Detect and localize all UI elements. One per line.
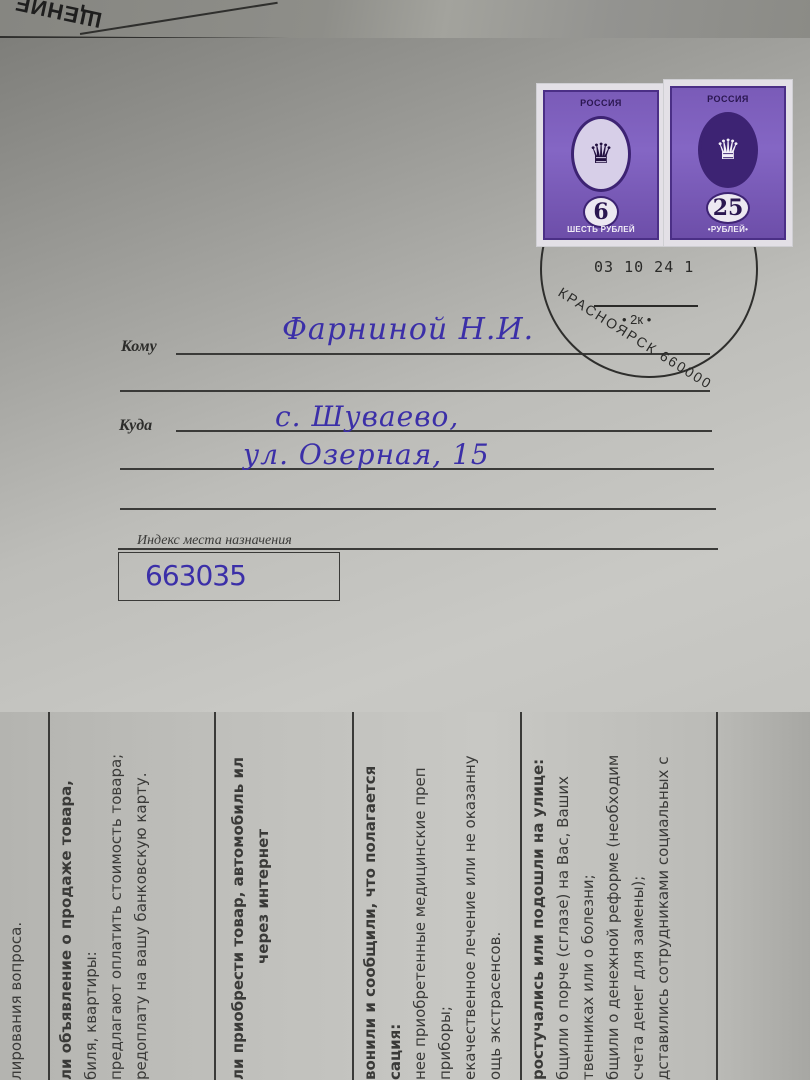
- leaflet-line: дставились сотрудниками социальных с: [651, 712, 676, 1080]
- insert-leaflet: лирования вопроса. ли объявление о прода…: [0, 712, 810, 1080]
- leaflet-line: екачественное лечение или не оказанну: [458, 712, 483, 1080]
- recipient-value: Фарниной Н.И.: [282, 312, 534, 347]
- recipient-label: Кому: [121, 338, 157, 356]
- column-divider: [520, 712, 522, 1080]
- leaflet-line: приборы;: [433, 712, 458, 1080]
- leaflet-heading: ростучались или подошли на улице:: [526, 712, 551, 1080]
- address-value-line2: ул. Озерная, 15: [243, 438, 490, 471]
- postal-index-value: 663035: [145, 559, 246, 592]
- stamp-face: РОССИЯ ♛ 6 ШЕСТЬ РУБЛЕЙ: [543, 90, 659, 240]
- fold-line: [80, 2, 278, 35]
- leaflet-line: ощь экстрасенсов.: [483, 712, 508, 1080]
- postmark-date: 03 10 24 1: [594, 258, 694, 276]
- column-divider: [214, 712, 216, 1080]
- column-divider: [48, 712, 50, 1080]
- recipient-line-2: [120, 390, 710, 392]
- leaflet-line: лирования вопроса.: [4, 712, 29, 1080]
- address-line-3: [120, 508, 716, 510]
- address-value-line1: с. Шуваево,: [275, 400, 459, 433]
- stamp-country: РОССИЯ: [545, 98, 657, 108]
- column-divider: [352, 712, 354, 1080]
- leaflet-line: счета денег для замены);: [626, 712, 651, 1080]
- leaflet-heading: ли приобрести товар, автомобиль ил: [226, 712, 251, 1080]
- leaflet-heading: сация:: [383, 712, 408, 1080]
- postage-stamp-25: РОССИЯ ♛ 25 •РУБЛЕЙ•: [664, 80, 792, 246]
- leaflet-line: предлагают оплатить стоимость товара;: [104, 712, 129, 1080]
- leaflet-line: нее приобретенные медицинские преп: [408, 712, 433, 1080]
- postal-index-label: Индекс места назначения: [137, 533, 292, 549]
- leaflet-line: бщили о денежной реформе (необходим: [601, 712, 626, 1080]
- postal-index-box: 663035: [118, 552, 340, 601]
- leaflet-line: биля, квартиры:: [79, 712, 104, 1080]
- stamp-country: РОССИЯ: [672, 94, 784, 104]
- leaflet-line: бщили о порче (сглазе) на Вас, Ваших: [551, 712, 576, 1080]
- postage-stamp-6: РОССИЯ ♛ 6 ШЕСТЬ РУБЛЕЙ: [537, 84, 665, 246]
- address-label: Куда: [119, 417, 152, 435]
- postmark-divider: [594, 305, 698, 307]
- leaflet-heading: через интернет: [251, 712, 276, 1080]
- double-headed-eagle-icon: ♛: [715, 136, 740, 164]
- leaflet-column-2: ли объявление о продаже товара, биля, кв…: [54, 712, 158, 1080]
- leaflet-line: твенниках или о болезни;: [576, 712, 601, 1080]
- leaflet-heading: ли объявление о продаже товара,: [54, 712, 79, 1080]
- stamp-denomination: 25: [706, 192, 750, 224]
- background-sheet-title: ЩЕНИЕ: [12, 0, 104, 33]
- stamp-currency: ШЕСТЬ РУБЛЕЙ: [545, 225, 657, 234]
- stamp-face: РОССИЯ ♛ 25 •РУБЛЕЙ•: [670, 86, 786, 240]
- leaflet-column-4: вонили и сообщили, что полагается сация:…: [358, 712, 516, 1080]
- background-sheet: ЩЕНИЕ: [0, 0, 810, 40]
- double-headed-eagle-icon: ♛: [588, 140, 613, 168]
- leaflet-column-1: лирования вопроса.: [4, 712, 34, 1080]
- leaflet-column-3: ли приобрести товар, автомобиль ил через…: [226, 712, 286, 1080]
- leaflet-column-5: ростучались или подошли на улице: бщили …: [526, 712, 712, 1080]
- leaflet-line: редоплату на вашу банковскую карту.: [129, 712, 154, 1080]
- stamp-denomination: 6: [583, 196, 619, 228]
- stamp-currency: •РУБЛЕЙ•: [672, 225, 784, 234]
- postal-index-line: [118, 548, 718, 550]
- leaflet-heading: вонили и сообщили, что полагается: [358, 712, 383, 1080]
- column-divider: [716, 712, 718, 1080]
- stamp-emblem-frame: ♛: [571, 116, 631, 192]
- stamp-emblem-frame: ♛: [698, 112, 758, 188]
